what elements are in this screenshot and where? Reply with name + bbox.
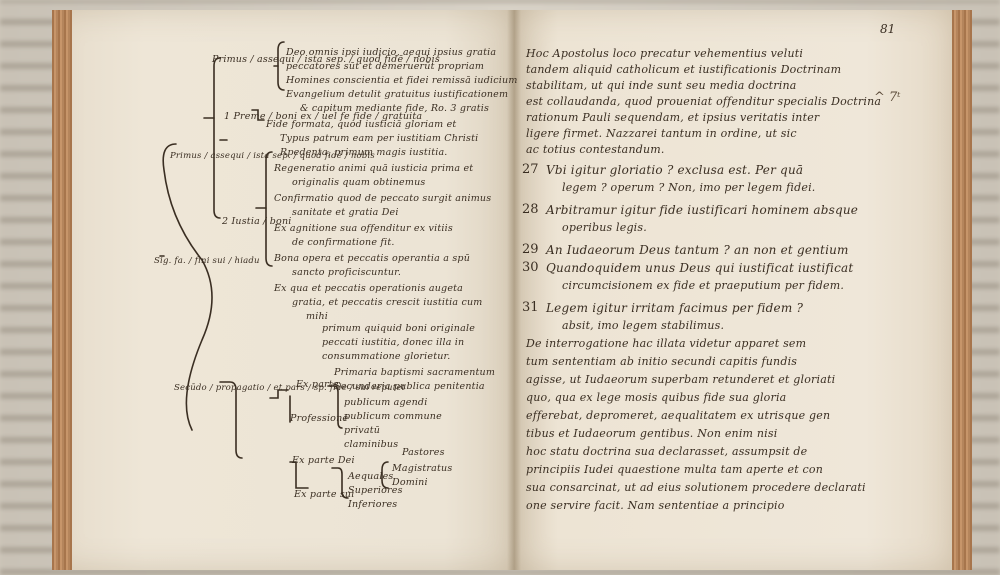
branch-line: publicum commune [344, 410, 442, 424]
text-line: agisse, ut Iudaeorum superbam retunderet… [526, 372, 835, 389]
branch-line: Inferiores [348, 498, 397, 512]
text-line: est collaudanda, quod proueniat offendit… [526, 94, 881, 111]
page-number: 81 [880, 22, 895, 36]
open-manuscript-book: Primus / assequi / ista sep. / quod fidē… [52, 10, 972, 572]
verse-line: absit, imo legem stabilimus. [562, 318, 724, 335]
text-line: tibus et Iudaeorum gentibus. Non enim ni… [526, 426, 777, 443]
branch-line: Ex qua et peccatis operationis augeta [274, 282, 463, 296]
branch-line: consummatione glorietur. [322, 350, 450, 364]
text-line: tandem aliquid catholicum et iustificati… [526, 62, 841, 79]
text-line: De interrogatione hac illata videtur app… [526, 336, 806, 353]
verse-number: 30 [522, 260, 539, 275]
tree-node-ex-parte-sui: Ex parte sui [294, 488, 355, 502]
branch-line: Typus patrum eam per iustitiam Christi [280, 132, 478, 146]
tree-node-ex-parte-dei: Ex parte Dei [292, 454, 355, 468]
verse-line: operibus legis. [562, 220, 647, 237]
branch-line: primum quiquid boni originale [322, 322, 475, 336]
branch-line: Pastores [402, 446, 445, 460]
text-line: principiis Iudei quaestione multa tam ap… [526, 462, 823, 479]
verse-line: Arbitramur igitur fide iustificari homin… [546, 202, 858, 219]
verse-number: 29 [522, 242, 539, 257]
text-line: ligere firmet. Nazzarei tantum in ordine… [526, 126, 797, 143]
verse-number: 31 [522, 300, 539, 315]
branch-line: Primaria baptismi sacramentum [334, 366, 495, 380]
verse-number: 28 [522, 202, 539, 217]
right-page-edges [952, 10, 972, 570]
branch-line: Deo omnis ipsi iudicio, aequi ipsius gra… [286, 46, 496, 60]
text-line: hoc statu doctrina sua declarasset, assu… [526, 444, 807, 461]
verse-line: Quandoquidem unus Deus qui iustificat iu… [546, 260, 853, 277]
verse-line: Vbi igitur gloriatio ? exclusa est. Per … [546, 162, 803, 179]
text-line: sua consarcinat, ut ad eius solutionem p… [526, 480, 866, 497]
branch-line: Homines conscientia et fidei remissā iud… [286, 74, 518, 88]
text-line: quo, qua ex lege mosis quibus fide sua g… [526, 390, 786, 407]
text-line: ac totius contestandum. [526, 142, 665, 159]
branch-line: peccatores sūt et demeruerūt propriam [286, 60, 484, 74]
branch-line: claminibus [344, 438, 398, 452]
branch-line: peccati iustitia, donec illa in [322, 336, 464, 350]
branch-line: publicum agendi [344, 396, 427, 410]
branch-line: sancto proficiscuntur. [292, 266, 401, 280]
branch-line: Evangelium detulit gratuitus iustificati… [286, 88, 508, 102]
branch-line: de confirmatione fit. [292, 236, 395, 250]
text-line: stabilitam, ut qui inde sunt seu media d… [526, 78, 797, 95]
branch-line: Rpedenta, primum magis iustitia. [280, 146, 448, 160]
verse-line: Legem igitur irritam facimus per fidem ? [546, 300, 803, 317]
branch-line: Aequales [348, 470, 393, 484]
branch-line: privatū [344, 424, 380, 438]
text-line: rationum Pauli sequendam, et ipsius veri… [526, 110, 819, 127]
branch-line: Fide formata, quod iusticiā gloriam et [266, 118, 456, 132]
tree-node-professione: Professionē [290, 412, 348, 426]
branch-line: & capitum mediante fide, Ro. 3 gratis [300, 102, 489, 116]
branch-line: Confirmatio quod de peccato surgit animu… [274, 192, 491, 206]
tree-node-root: Sig. fa. / fini sui / hiadu [154, 255, 260, 269]
branch-line: gratia, et peccatis crescit iustitia cum [292, 296, 483, 310]
text-line: tum sententiam ab initio secundi capitis… [526, 354, 797, 371]
verse-number: 27 [522, 162, 539, 177]
branch-line: sanitate et gratia Dei [292, 206, 399, 220]
verse-line: An Iudaeorum Deus tantum ? an non et gen… [546, 242, 849, 259]
verse-line: circumcisionem ex fide et praeputium per… [562, 278, 844, 295]
branch-line: Magistratus [392, 462, 452, 476]
branch-line: Secundaria publica penitentia [334, 380, 485, 394]
text-line: Hoc Apostolus loco precatur vehementius … [526, 46, 803, 63]
tree-node-ex-parte: Ex parte [296, 378, 339, 392]
text-line: efferebat, depromeret, aequalitatem ex u… [526, 408, 830, 425]
branch-line: Superiores [348, 484, 403, 498]
branch-line: originalis quam obtinemus [292, 176, 425, 190]
verse-line: legem ? operum ? Non, imo per legem fide… [562, 180, 816, 197]
text-line: one servire facit. Nam sententiae a prin… [526, 498, 785, 515]
branch-line: Regeneratio animi quā iusticia prima et [274, 162, 473, 176]
branch-line: Bona opera et peccatis operantia a spū [274, 252, 470, 266]
branch-line: Ex agnitione sua offenditur ex vitiis [274, 222, 453, 236]
